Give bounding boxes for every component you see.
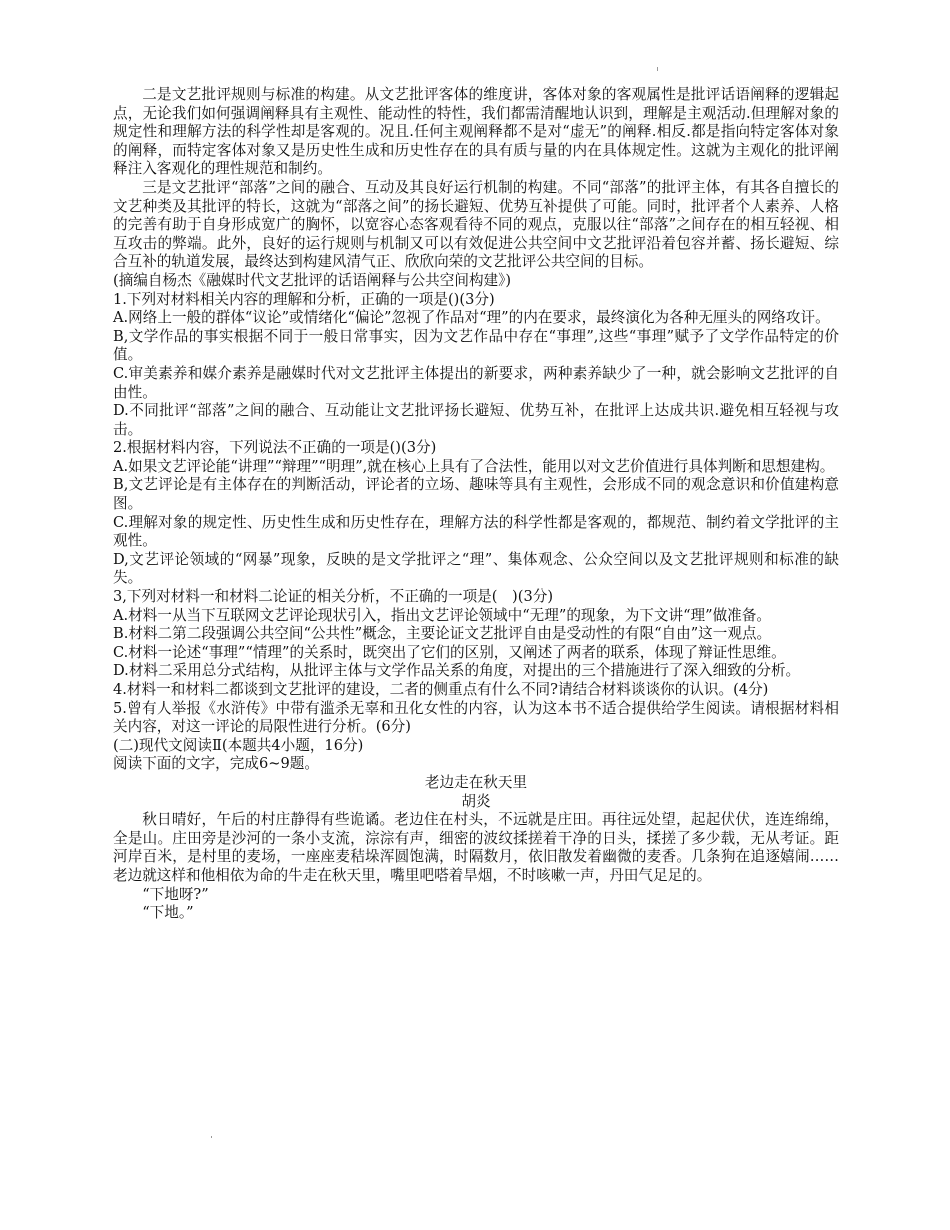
option-d: D.不同批评“部落”之间的融合、互动能让文艺批评扬长避短、优势互补，在批评上达成…	[113, 402, 839, 439]
option-c: C.材料一论述“事理”“情理”的关系时，既突出了它们的区别，又阐述了两者的联系，…	[113, 644, 839, 663]
page-mark-bottom	[211, 1136, 212, 1138]
question-stem: 3,下列对材料一和材料二论证的相关分析，不正确的一项是( )(3分)	[113, 588, 839, 607]
option-b: B,文学作品的事实根据不同于一般日常事实，因为文艺作品中存在“事理”,这些“事理…	[113, 328, 839, 365]
material-paragraph-rules: 二是文艺批评规则与标准的构建。从文艺批评客体的维度讲，客体对象的客观属性是批评话…	[113, 86, 839, 179]
question-5: 5.曾有人举报《水浒传》中带有滥杀无辜和丑化女性的内容，认为这本书不适合提供给学…	[113, 700, 839, 737]
option-b: B,文艺评论是有主体存在的判断活动，评论者的立场、趣味等具有主观性，会形成不同的…	[113, 476, 839, 513]
question-4: 4.材料一和材料二都谈到文艺批评的建设，二者的侧重点有什么不同?请结合材料谈谈你…	[113, 681, 839, 700]
option-a: A.材料一从当下互联网文艺评论现状引入，指出文艺评论领域中“无理”的现象，为下文…	[113, 607, 839, 626]
page-mark-top	[657, 67, 658, 71]
story-title: 老边走在秋天里	[113, 774, 839, 793]
material-source: (摘编自杨杰《融媒时代文艺批评的话语阐释与公共空间构建》)	[113, 272, 839, 291]
section-heading: (二)现代文阅读Ⅱ(本题共4小题，16分)	[113, 737, 839, 756]
story-dialogue: “下地呀?”	[113, 886, 839, 905]
story-author: 胡炎	[113, 793, 839, 812]
option-a: A.如果文艺评论能“讲理”“辩理”“明理”,就在核心上具有了合法性，能用以对文艺…	[113, 458, 839, 477]
option-c: C.审美素养和媒介素养是融媒时代对文艺批评主体提出的新要求，两种素养缺少了一种，…	[113, 365, 839, 402]
material-paragraph-tribes: 三是文艺批评“部落”之间的融合、互动及其良好运行机制的构建。不同“部落”的批评主…	[113, 179, 839, 272]
document-page: 二是文艺批评规则与标准的构建。从文艺批评客体的维度讲，客体对象的客观属性是批评话…	[113, 86, 839, 923]
story-dialogue: “下地。”	[113, 904, 839, 923]
question-2: 2.根据材料内容，下列说法不正确的一项是()(3分) A.如果文艺评论能“讲理”…	[113, 439, 839, 588]
option-d: D.材料二采用总分式结构，从批评主体与文学作品关系的角度，对提出的三个措施进行了…	[113, 662, 839, 681]
question-stem: 1.下列对材料相关内容的理解和分析，正确的一项是()(3分)	[113, 291, 839, 310]
question-stem: 2.根据材料内容，下列说法不正确的一项是()(3分)	[113, 439, 839, 458]
question-3: 3,下列对材料一和材料二论证的相关分析，不正确的一项是( )(3分) A.材料一…	[113, 588, 839, 681]
option-b: B.材料二第二段强调公共空间“公共性”概念，主要论证文艺批评自由是受动性的有限“…	[113, 625, 839, 644]
option-c: C.理解对象的规定性、历史性生成和历史性存在，理解方法的科学性都是客观的，都规范…	[113, 514, 839, 551]
section-instruction: 阅读下面的文字，完成6~9题。	[113, 755, 839, 774]
question-1: 1.下列对材料相关内容的理解和分析，正确的一项是()(3分) A.网络上一般的群…	[113, 291, 839, 440]
option-a: A.网络上一般的群体“议论”或情绪化“偏论”忽视了作品对“理”的内在要求，最终演…	[113, 309, 839, 328]
option-d: D,文艺评论领域的“网暴”现象，反映的是文学批评之“理”、集体观念、公众空间以及…	[113, 551, 839, 588]
story-paragraph: 秋日晴好，午后的村庄静得有些诡谲。老边住在村头，不远就是庄田。再往远处望，起起伏…	[113, 811, 839, 885]
